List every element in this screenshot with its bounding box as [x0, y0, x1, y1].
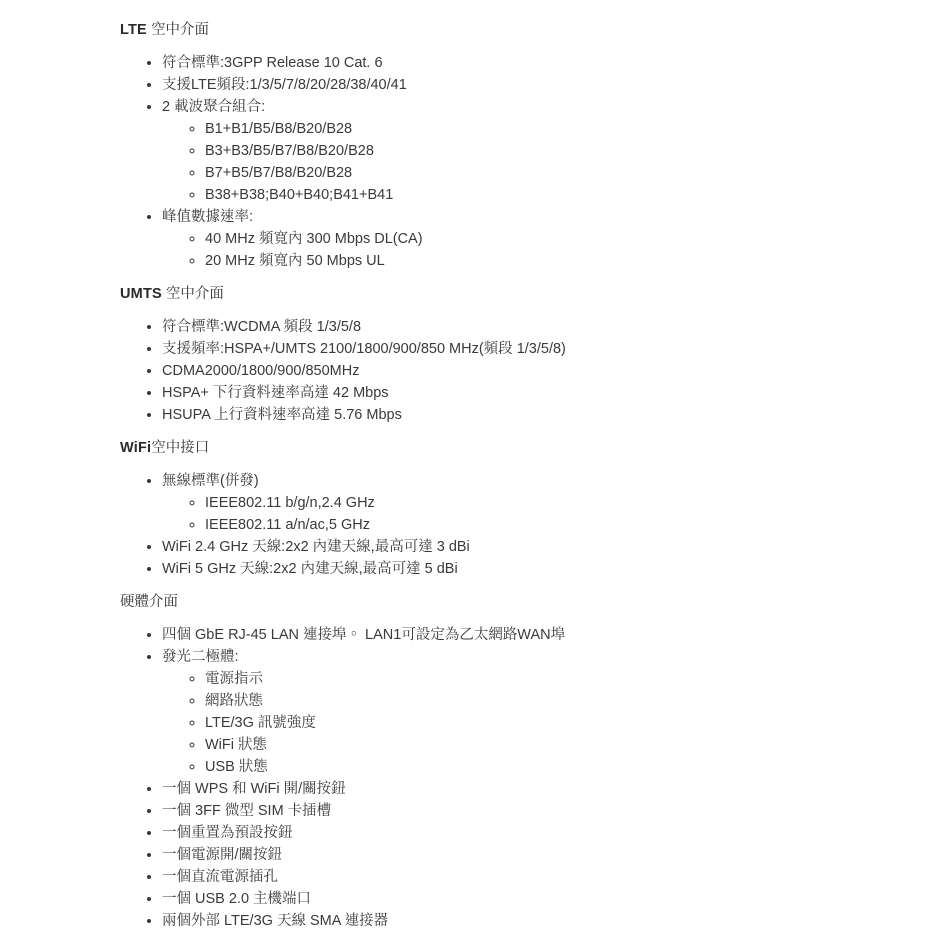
- spec-item: 支援頻率:HSPA+/UMTS 2100/1800/900/850 MHz(頻段…: [162, 338, 910, 360]
- spec-subitem: B1+B1/B5/B8/B20/B28: [205, 118, 910, 140]
- spec-list: 符合標準:WCDMA 頻段 1/3/5/8支援頻率:HSPA+/UMTS 210…: [120, 316, 910, 426]
- spec-item: 一個 WPS 和 WiFi 開/關按鈕: [162, 778, 910, 800]
- spec-subitem: 40 MHz 頻寬內 300 Mbps DL(CA): [205, 228, 910, 250]
- spec-subitem: WiFi 狀態: [205, 734, 910, 756]
- spec-item-text: HSUPA 上行資料速率高達 5.76 Mbps: [162, 407, 402, 423]
- spec-item-text: 發光二極體:: [162, 649, 239, 665]
- spec-item: 發光二極體:電源指示網路狀態LTE/3G 訊號強度WiFi 狀態USB 狀態: [162, 646, 910, 778]
- spec-item-text: 一個重置為預設按鈕: [162, 825, 293, 841]
- spec-item: 四個 GbE RJ-45 LAN 連接埠。 LAN1可設定為乙太網路WAN埠: [162, 624, 910, 646]
- spec-sublist: 40 MHz 頻寬內 300 Mbps DL(CA)20 MHz 頻寬內 50 …: [162, 228, 910, 272]
- spec-item: 峰值數據速率:40 MHz 頻寬內 300 Mbps DL(CA)20 MHz …: [162, 206, 910, 272]
- spec-item-text: 四個 GbE RJ-45 LAN 連接埠。 LAN1可設定為乙太網路WAN埠: [162, 627, 565, 643]
- spec-item-text: CDMA2000/1800/900/850MHz: [162, 363, 359, 379]
- spec-sublist: IEEE802.11 b/g/n,2.4 GHzIEEE802.11 a/n/a…: [162, 492, 910, 536]
- spec-item-text: 符合標準:WCDMA 頻段 1/3/5/8: [162, 319, 361, 335]
- spec-sublist: 電源指示網路狀態LTE/3G 訊號強度WiFi 狀態USB 狀態: [162, 668, 910, 778]
- spec-item: CDMA2000/1800/900/850MHz: [162, 360, 910, 382]
- spec-item: 2 載波聚合組合:B1+B1/B5/B8/B20/B28B3+B3/B5/B7/…: [162, 96, 910, 206]
- section-heading-accent: LTE: [120, 22, 147, 38]
- spec-item: 一個 USB 2.0 主機端口: [162, 888, 910, 910]
- spec-item-text: WiFi 5 GHz 天線:2x2 內建天線,最高可達 5 dBi: [162, 561, 458, 577]
- spec-subitem: USB 狀態: [205, 756, 910, 778]
- spec-item-text: 2 載波聚合組合:: [162, 99, 265, 115]
- spec-item: HSUPA 上行資料速率高達 5.76 Mbps: [162, 404, 910, 426]
- spec-item-text: 支援頻率:HSPA+/UMTS 2100/1800/900/850 MHz(頻段…: [162, 341, 566, 357]
- spec-list: 符合標準:3GPP Release 10 Cat. 6支援LTE頻段:1/3/5…: [120, 52, 910, 272]
- spec-item: 符合標準:WCDMA 頻段 1/3/5/8: [162, 316, 910, 338]
- spec-subitem: 20 MHz 頻寬內 50 Mbps UL: [205, 250, 910, 272]
- spec-item: 兩個外部 LTE/3G 天線 SMA 連接器: [162, 910, 910, 932]
- spec-item-text: 一個電源開/關按鈕: [162, 847, 282, 863]
- spec-item-text: 一個直流電源插孔: [162, 869, 278, 885]
- spec-subitem: 網路狀態: [205, 690, 910, 712]
- spec-item-text: WiFi 2.4 GHz 天線:2x2 內建天線,最高可達 3 dBi: [162, 539, 470, 555]
- spec-item: WiFi 2.4 GHz 天線:2x2 內建天線,最高可達 3 dBi: [162, 536, 910, 558]
- spec-item-text: HSPA+ 下行資料速率高達 42 Mbps: [162, 385, 389, 401]
- spec-item-text: 峰值數據速率:: [162, 209, 253, 225]
- spec-item-text: 支援LTE頻段:1/3/5/7/8/20/28/38/40/41: [162, 77, 407, 93]
- spec-item: 支援LTE頻段:1/3/5/7/8/20/28/38/40/41: [162, 74, 910, 96]
- section-heading: UMTS 空中介面: [120, 283, 910, 305]
- spec-subitem: 電源指示: [205, 668, 910, 690]
- spec-subitem: IEEE802.11 b/g/n,2.4 GHz: [205, 492, 910, 514]
- spec-item: 無線標準(併發)IEEE802.11 b/g/n,2.4 GHzIEEE802.…: [162, 470, 910, 536]
- section-heading: 硬體介面: [120, 591, 910, 613]
- section-heading: WiFi空中接口: [120, 437, 910, 459]
- spec-item: 一個 3FF 微型 SIM 卡插槽: [162, 800, 910, 822]
- section-heading-text: 空中介面: [162, 286, 224, 302]
- spec-list: 無線標準(併發)IEEE802.11 b/g/n,2.4 GHzIEEE802.…: [120, 470, 910, 580]
- section-heading-text: 空中介面: [147, 22, 209, 38]
- section-heading-text: 空中接口: [151, 440, 209, 456]
- spec-item: 一個電源開/關按鈕: [162, 844, 910, 866]
- section-heading: LTE 空中介面: [120, 19, 910, 41]
- spec-item-text: 一個 3FF 微型 SIM 卡插槽: [162, 803, 331, 819]
- spec-item: 一個重置為預設按鈕: [162, 822, 910, 844]
- section-heading-accent: UMTS: [120, 286, 162, 302]
- spec-sublist: B1+B1/B5/B8/B20/B28B3+B3/B5/B7/B8/B20/B2…: [162, 118, 910, 206]
- spec-item-text: 兩個外部 LTE/3G 天線 SMA 連接器: [162, 913, 388, 929]
- spec-subitem: IEEE802.11 a/n/ac,5 GHz: [205, 514, 910, 536]
- section-heading-accent: WiFi: [120, 440, 151, 456]
- spec-item: WiFi 5 GHz 天線:2x2 內建天線,最高可達 5 dBi: [162, 558, 910, 580]
- spec-list: 四個 GbE RJ-45 LAN 連接埠。 LAN1可設定為乙太網路WAN埠發光…: [120, 624, 910, 932]
- spec-subitem: B7+B5/B7/B8/B20/B28: [205, 162, 910, 184]
- spec-item: 符合標準:3GPP Release 10 Cat. 6: [162, 52, 910, 74]
- spec-item-text: 無線標準(併發): [162, 473, 259, 489]
- section-heading-text: 硬體介面: [120, 594, 178, 610]
- spec-item-text: 一個 USB 2.0 主機端口: [162, 891, 311, 907]
- spec-item: HSPA+ 下行資料速率高達 42 Mbps: [162, 382, 910, 404]
- spec-subitem: B3+B3/B5/B7/B8/B20/B28: [205, 140, 910, 162]
- spec-item-text: 一個 WPS 和 WiFi 開/關按鈕: [162, 781, 346, 797]
- spec-item: 一個直流電源插孔: [162, 866, 910, 888]
- spec-subitem: B38+B38;B40+B40;B41+B41: [205, 184, 910, 206]
- spec-subitem: LTE/3G 訊號強度: [205, 712, 910, 734]
- spec-document: LTE 空中介面符合標準:3GPP Release 10 Cat. 6支援LTE…: [0, 0, 950, 932]
- spec-item-text: 符合標準:3GPP Release 10 Cat. 6: [162, 55, 383, 71]
